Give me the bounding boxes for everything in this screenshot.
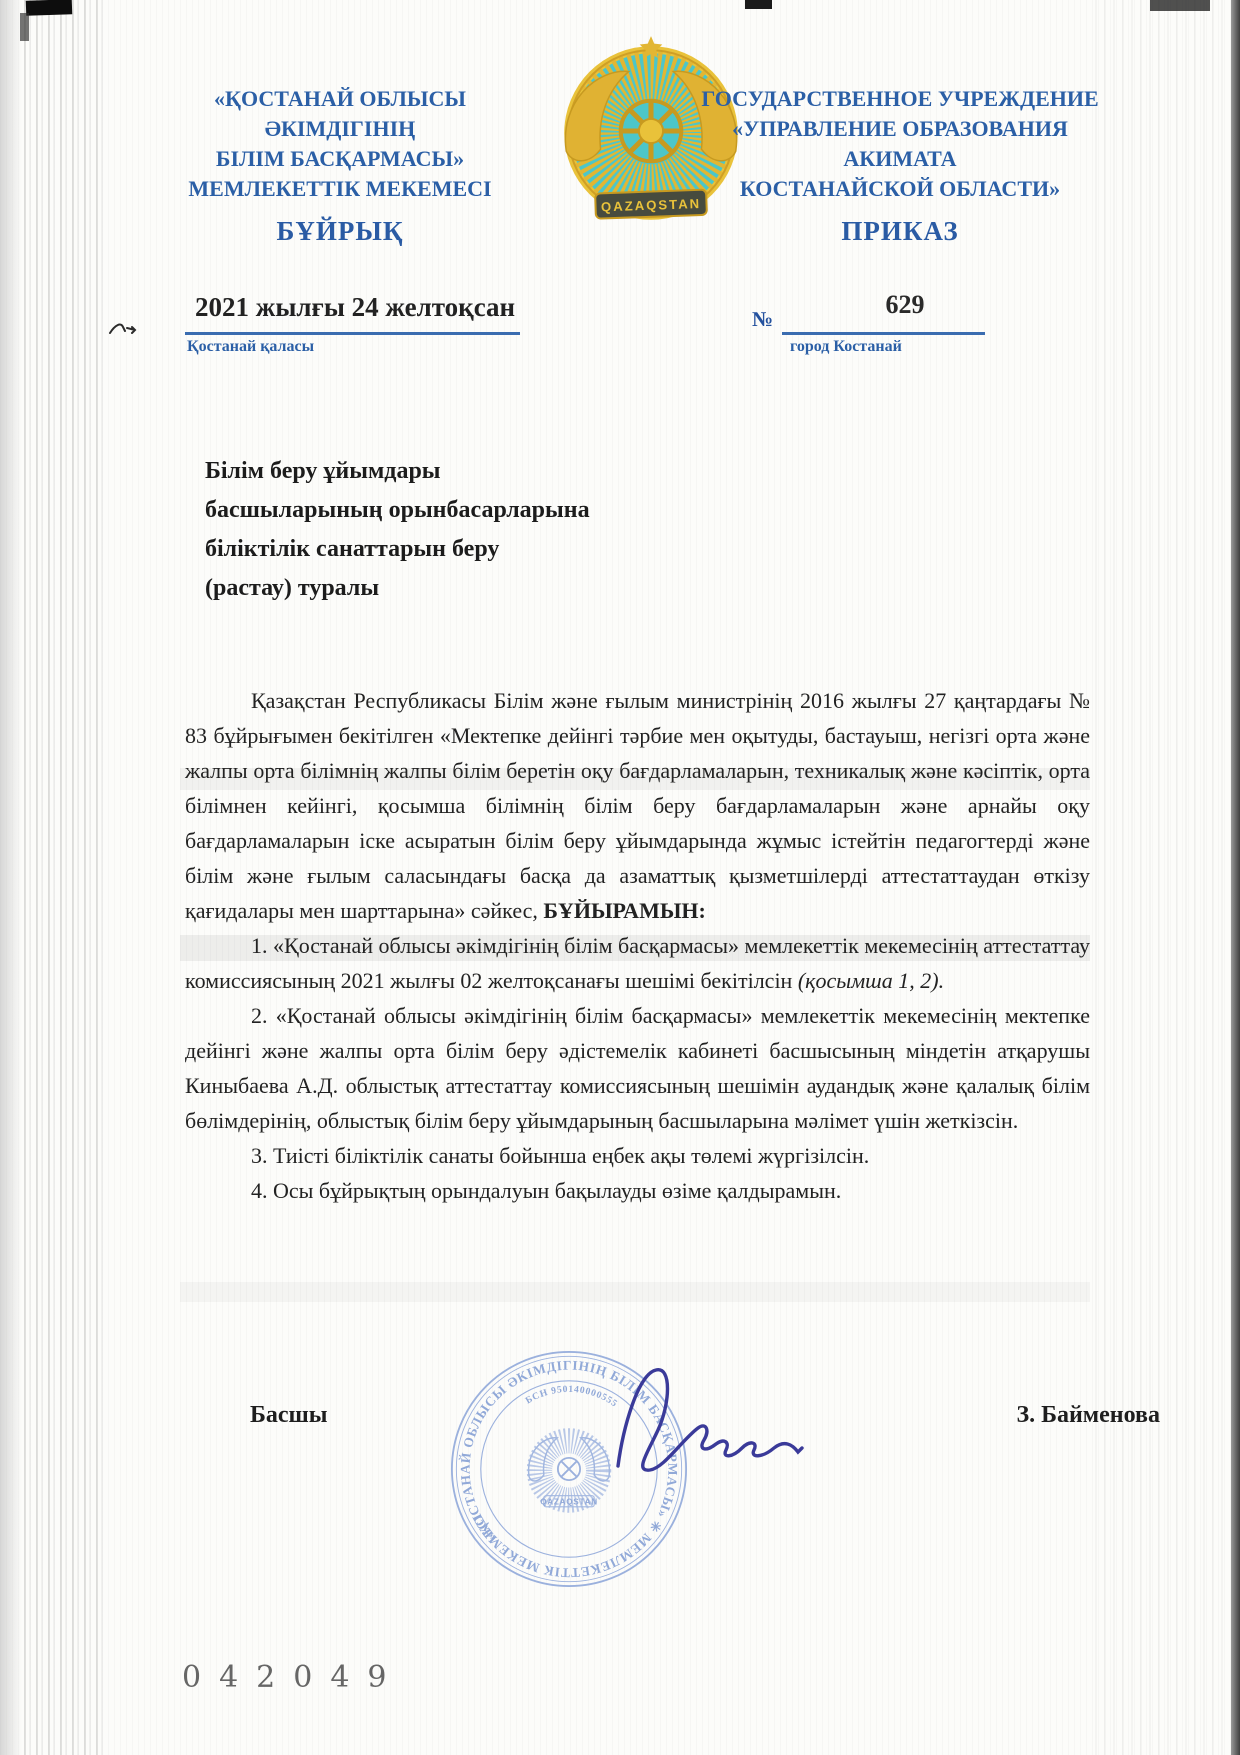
item1-annex-ref: (қосымша 1, 2). (798, 968, 944, 993)
order-item-3: 3. Тиісті біліктілік санаты бойынша еңбе… (185, 1138, 1090, 1173)
org-kk-line: ӘКІМДІГІНІҢ (175, 114, 505, 144)
org-kk-line: БІЛІМ БАСҚАРМАСЫ» (175, 144, 505, 174)
order-body: Қазақстан Республикасы Білім және ғылым … (185, 683, 1090, 1208)
handwritten-mark (106, 314, 138, 340)
org-name-russian: ГОСУДАРСТВЕННОЕ УЧРЕЖДЕНИЕ «УПРАВЛЕНИЕ О… (698, 84, 1102, 204)
date-underline (185, 332, 520, 335)
order-item-1: 1. «Қостанай облысы әкімдігінің білім ба… (185, 928, 1090, 998)
order-date: 2021 жылғы 24 желтоқсан (195, 292, 525, 323)
signatory-position: Басшы (250, 1402, 328, 1429)
scan-edge-left (0, 0, 22, 1755)
doc-type-kazakh: БҰЙРЫҚ (175, 216, 505, 247)
signature-ink (596, 1358, 806, 1473)
scan-mark (1150, 0, 1210, 11)
serial-number-stamp: 042049 (182, 1660, 405, 1695)
org-kk-line: МЕМЛЕКЕТТІК МЕКЕМЕСІ (175, 174, 505, 204)
preamble-paragraph: Қазақстан Республикасы Білім және ғылым … (185, 683, 1090, 928)
signatory-name: З. Байменова (900, 1402, 1160, 1429)
scan-mark (20, 13, 29, 41)
order-number: 629 (840, 290, 970, 320)
title-line: біліктілік санаттарын беру (205, 530, 765, 569)
item1-text: 1. «Қостанай облысы әкімдігінің білім ба… (185, 933, 1090, 993)
order-item-4: 4. Осы бұйрықтың орындалуын бақылауды өз… (185, 1173, 1090, 1208)
doc-type-russian: ПРИКАЗ (698, 216, 1102, 247)
scan-band (180, 1282, 1090, 1302)
scan-edge-right (1231, 0, 1240, 1755)
document-title: Білім беру ұйымдары басшыларының орынбас… (205, 452, 765, 608)
number-underline (782, 332, 985, 335)
scan-mark (26, 0, 72, 16)
org-ru-line: ГОСУДАРСТВЕННОЕ УЧРЕЖДЕНИЕ (698, 84, 1102, 114)
scan-streaks-left (24, 0, 108, 1755)
org-ru-line: КОСТАНАЙСКОЙ ОБЛАСТИ» (698, 174, 1102, 204)
seal-center-text: QAZAQSTAN (540, 1498, 598, 1507)
place-russian: город Костанай (790, 338, 902, 356)
order-item-2: 2. «Қостанай облысы әкімдігінің білім ба… (185, 998, 1090, 1138)
number-sign: № (752, 307, 773, 332)
org-kk-line: «ҚОСТАНАЙ ОБЛЫСЫ (175, 84, 505, 114)
preamble-text: Қазақстан Республикасы Білім және ғылым … (185, 688, 1090, 923)
org-name-kazakh: «ҚОСТАНАЙ ОБЛЫСЫ ӘКІМДІГІНІҢ БІЛІМ БАСҚА… (175, 84, 505, 204)
order-verb: БҰЙЫРАМЫН: (543, 898, 705, 923)
place-kazakh: Қостанай қаласы (187, 338, 314, 356)
title-line: (растау) туралы (205, 569, 765, 608)
title-line: басшыларының орынбасарларына (205, 491, 765, 530)
org-ru-line: «УПРАВЛЕНИЕ ОБРАЗОВАНИЯ (698, 114, 1102, 144)
scan-mark (745, 0, 772, 9)
document-page: «ҚОСТАНАЙ ОБЛЫСЫ ӘКІМДІГІНІҢ БІЛІМ БАСҚА… (0, 0, 1240, 1755)
scan-streaks-right (1095, 0, 1225, 1755)
org-ru-line: АКИМАТА (698, 144, 1102, 174)
title-line: Білім беру ұйымдары (205, 452, 765, 491)
